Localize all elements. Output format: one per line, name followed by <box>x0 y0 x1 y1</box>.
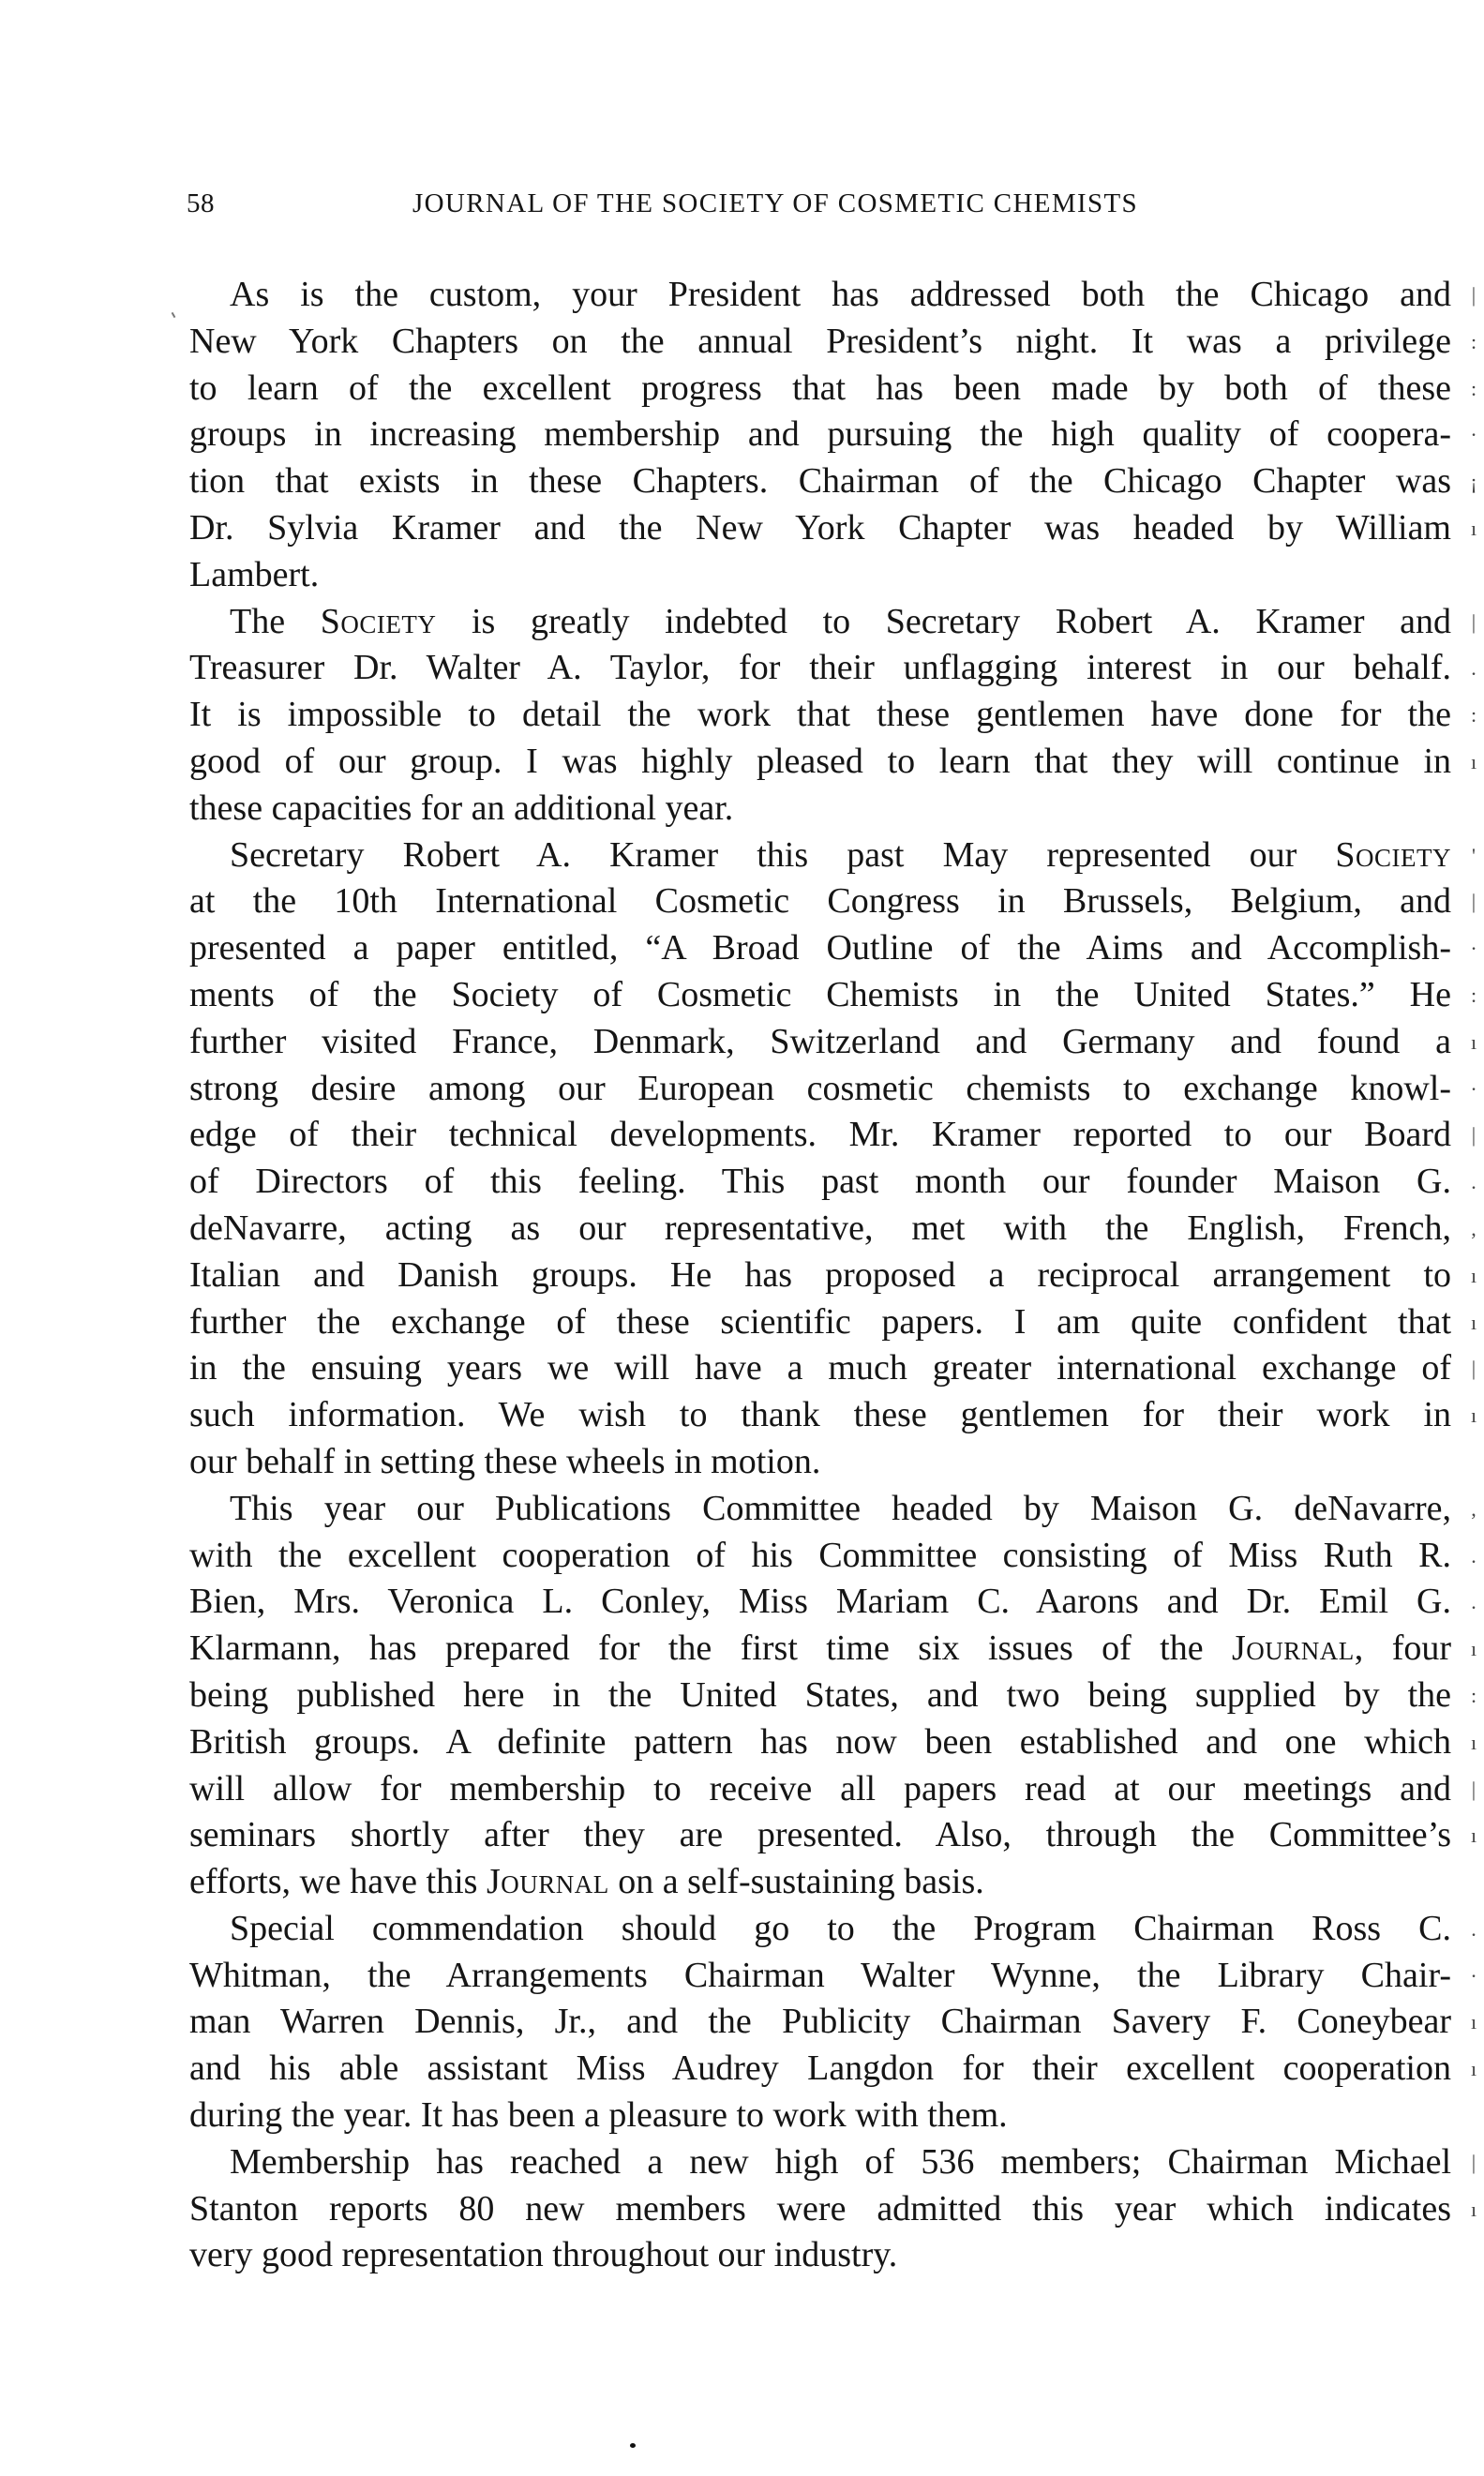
small-caps-society: Society <box>321 602 437 641</box>
scan-artifact-mark <box>172 312 176 318</box>
scan-speck <box>630 2443 636 2448</box>
text-line: during the year. It has been a pleasure … <box>189 2093 1451 2139</box>
text-line: presented a paper entitled, “A Broad Out… <box>189 925 1451 972</box>
text-line: groups in increasing membership and purs… <box>189 412 1451 458</box>
text-line: deNavarre, acting as our representative,… <box>189 1206 1451 1253</box>
edge-mark: : <box>1468 972 1479 1019</box>
page-number: 58 <box>187 188 215 219</box>
edge-mark <box>1468 786 1479 833</box>
text-line: Membership has reached a new high of 536… <box>189 2139 1451 2186</box>
edge-mark: : <box>1468 366 1479 413</box>
edge-mark <box>1468 2093 1479 2139</box>
edge-mark: . <box>1468 1579 1479 1626</box>
text-line: at the 10th International Cosmetic Congr… <box>189 878 1451 925</box>
text-line: further the exchange of these scientific… <box>189 1299 1451 1346</box>
edge-mark: ı <box>1468 1999 1479 2046</box>
paragraph: As is the custom, your President has add… <box>189 272 1451 599</box>
paragraph: The Society is greatly indebted to Secre… <box>189 599 1451 833</box>
edge-mark: ı <box>1468 1719 1479 1766</box>
running-head: JOURNAL OF THE SOCIETY OF COSMETIC CHEMI… <box>412 188 1232 219</box>
edge-mark: : <box>1468 1673 1479 1719</box>
edge-mark <box>1468 552 1479 599</box>
text-line: It is impossible to detail the work that… <box>189 692 1451 739</box>
edge-mark: . <box>1468 645 1479 692</box>
text-line: Special commendation should go to the Pr… <box>189 1906 1451 1953</box>
small-caps-society: Society <box>1335 835 1451 875</box>
edge-mark: ı <box>1468 1299 1479 1346</box>
text-line: British groups. A definite pattern has n… <box>189 1719 1451 1766</box>
edge-mark: : <box>1468 692 1479 739</box>
text-line: Klarmann, has prepared for the first tim… <box>189 1626 1451 1673</box>
text-line: such information. We wish to thank these… <box>189 1392 1451 1439</box>
text-line: edge of their technical developments. Mr… <box>189 1112 1451 1159</box>
edge-mark: · <box>1468 1066 1479 1113</box>
paragraph: Membership has reached a new high of 536… <box>189 2139 1451 2279</box>
text-line: these capacities for an additional year. <box>189 786 1451 833</box>
text-line: The Society is greatly indebted to Secre… <box>189 599 1451 646</box>
edge-mark: ı <box>1468 1626 1479 1673</box>
edge-mark: , <box>1468 1486 1479 1533</box>
edge-mark: ı <box>1468 2186 1479 2233</box>
text-line: efforts, we have this Journal on a self-… <box>189 1859 1451 1906</box>
text-line: New York Chapters on the annual Presiden… <box>189 319 1451 366</box>
edge-mark: | <box>1468 1345 1479 1392</box>
text-line: Bien, Mrs. Veronica L. Conley, Miss Mari… <box>189 1579 1451 1626</box>
edge-mark: | <box>1468 2139 1479 2186</box>
edge-mark: | <box>1468 599 1479 646</box>
edge-mark: . <box>1468 1159 1479 1206</box>
edge-mark: . <box>1468 1533 1479 1580</box>
edge-mark: , <box>1468 1206 1479 1253</box>
edge-mark: ı <box>1468 1253 1479 1299</box>
text-line: and his able assistant Miss Audrey Langd… <box>189 2046 1451 2093</box>
edge-mark <box>1468 1859 1479 1906</box>
text-line: with the excellent cooperation of his Co… <box>189 1533 1451 1580</box>
small-caps-journal: Journal <box>487 1862 609 1901</box>
text-line: Treasurer Dr. Walter A. Taylor, for thei… <box>189 645 1451 692</box>
edge-mark: . <box>1468 1906 1479 1953</box>
paragraph: This year our Publications Committee hea… <box>189 1486 1451 1906</box>
text-line: good of our group. I was highly pleased … <box>189 739 1451 786</box>
text-line: further visited France, Denmark, Switzer… <box>189 1019 1451 1066</box>
edge-mark <box>1468 2232 1479 2279</box>
article-body: As is the custom, your President has add… <box>189 272 1451 2279</box>
text-line: tion that exists in these Chapters. Chai… <box>189 458 1451 505</box>
text-line: strong desire among our European cosmeti… <box>189 1066 1451 1113</box>
paragraph: Secretary Robert A. Kramer this past May… <box>189 833 1451 1486</box>
text-line: in the ensuing years we will have a much… <box>189 1345 1451 1392</box>
bleed-through-edge-marks: |::·¡ı|.:ı'|·:ı·|.,ıı|ı,..ı:ı|ı.·ıı|ı <box>1468 272 1479 2279</box>
edge-mark: ı <box>1468 2046 1479 2093</box>
text-line: Italian and Danish groups. He has propos… <box>189 1253 1451 1299</box>
edge-mark <box>1468 1439 1479 1486</box>
edge-mark: ı <box>1468 1812 1479 1859</box>
text-line: our behalf in setting these wheels in mo… <box>189 1439 1451 1486</box>
edge-mark: ı <box>1468 1392 1479 1439</box>
text-line: Stanton reports 80 new members were admi… <box>189 2186 1451 2233</box>
text-line: Dr. Sylvia Kramer and the New York Chapt… <box>189 505 1451 552</box>
edge-mark: · <box>1468 925 1479 972</box>
text-line: man Warren Dennis, Jr., and the Publicit… <box>189 1999 1451 2046</box>
text-line: to learn of the excellent progress that … <box>189 366 1451 413</box>
edge-mark: · <box>1468 1953 1479 2000</box>
text-line: very good representation throughout our … <box>189 2232 1451 2279</box>
small-caps-journal: Journal <box>1232 1628 1355 1668</box>
edge-mark: : <box>1468 319 1479 366</box>
edge-mark: | <box>1468 272 1479 319</box>
page-header: 58 JOURNAL OF THE SOCIETY OF COSMETIC CH… <box>0 186 1484 223</box>
edge-mark: | <box>1468 1112 1479 1159</box>
text-line: ments of the Society of Cosmetic Chemist… <box>189 972 1451 1019</box>
edge-mark: ¡ <box>1468 458 1479 505</box>
text-line: Lambert. <box>189 552 1451 599</box>
text-line: being published here in the United State… <box>189 1673 1451 1719</box>
edge-mark: · <box>1468 412 1479 458</box>
text-line: will allow for membership to receive all… <box>189 1766 1451 1813</box>
edge-mark: ı <box>1468 505 1479 552</box>
text-line: Whitman, the Arrangements Chairman Walte… <box>189 1953 1451 2000</box>
edge-mark: ı <box>1468 739 1479 786</box>
text-line: seminars shortly after they are presente… <box>189 1812 1451 1859</box>
edge-mark: | <box>1468 1766 1479 1813</box>
text-line: of Directors of this feeling. This past … <box>189 1159 1451 1206</box>
text-line: As is the custom, your President has add… <box>189 272 1451 319</box>
paragraph: Special commendation should go to the Pr… <box>189 1906 1451 2139</box>
text-line: Secretary Robert A. Kramer this past May… <box>189 833 1451 879</box>
edge-mark: ' <box>1468 833 1479 879</box>
edge-mark: ı <box>1468 1019 1479 1066</box>
text-line: This year our Publications Committee hea… <box>189 1486 1451 1533</box>
edge-mark: | <box>1468 878 1479 925</box>
